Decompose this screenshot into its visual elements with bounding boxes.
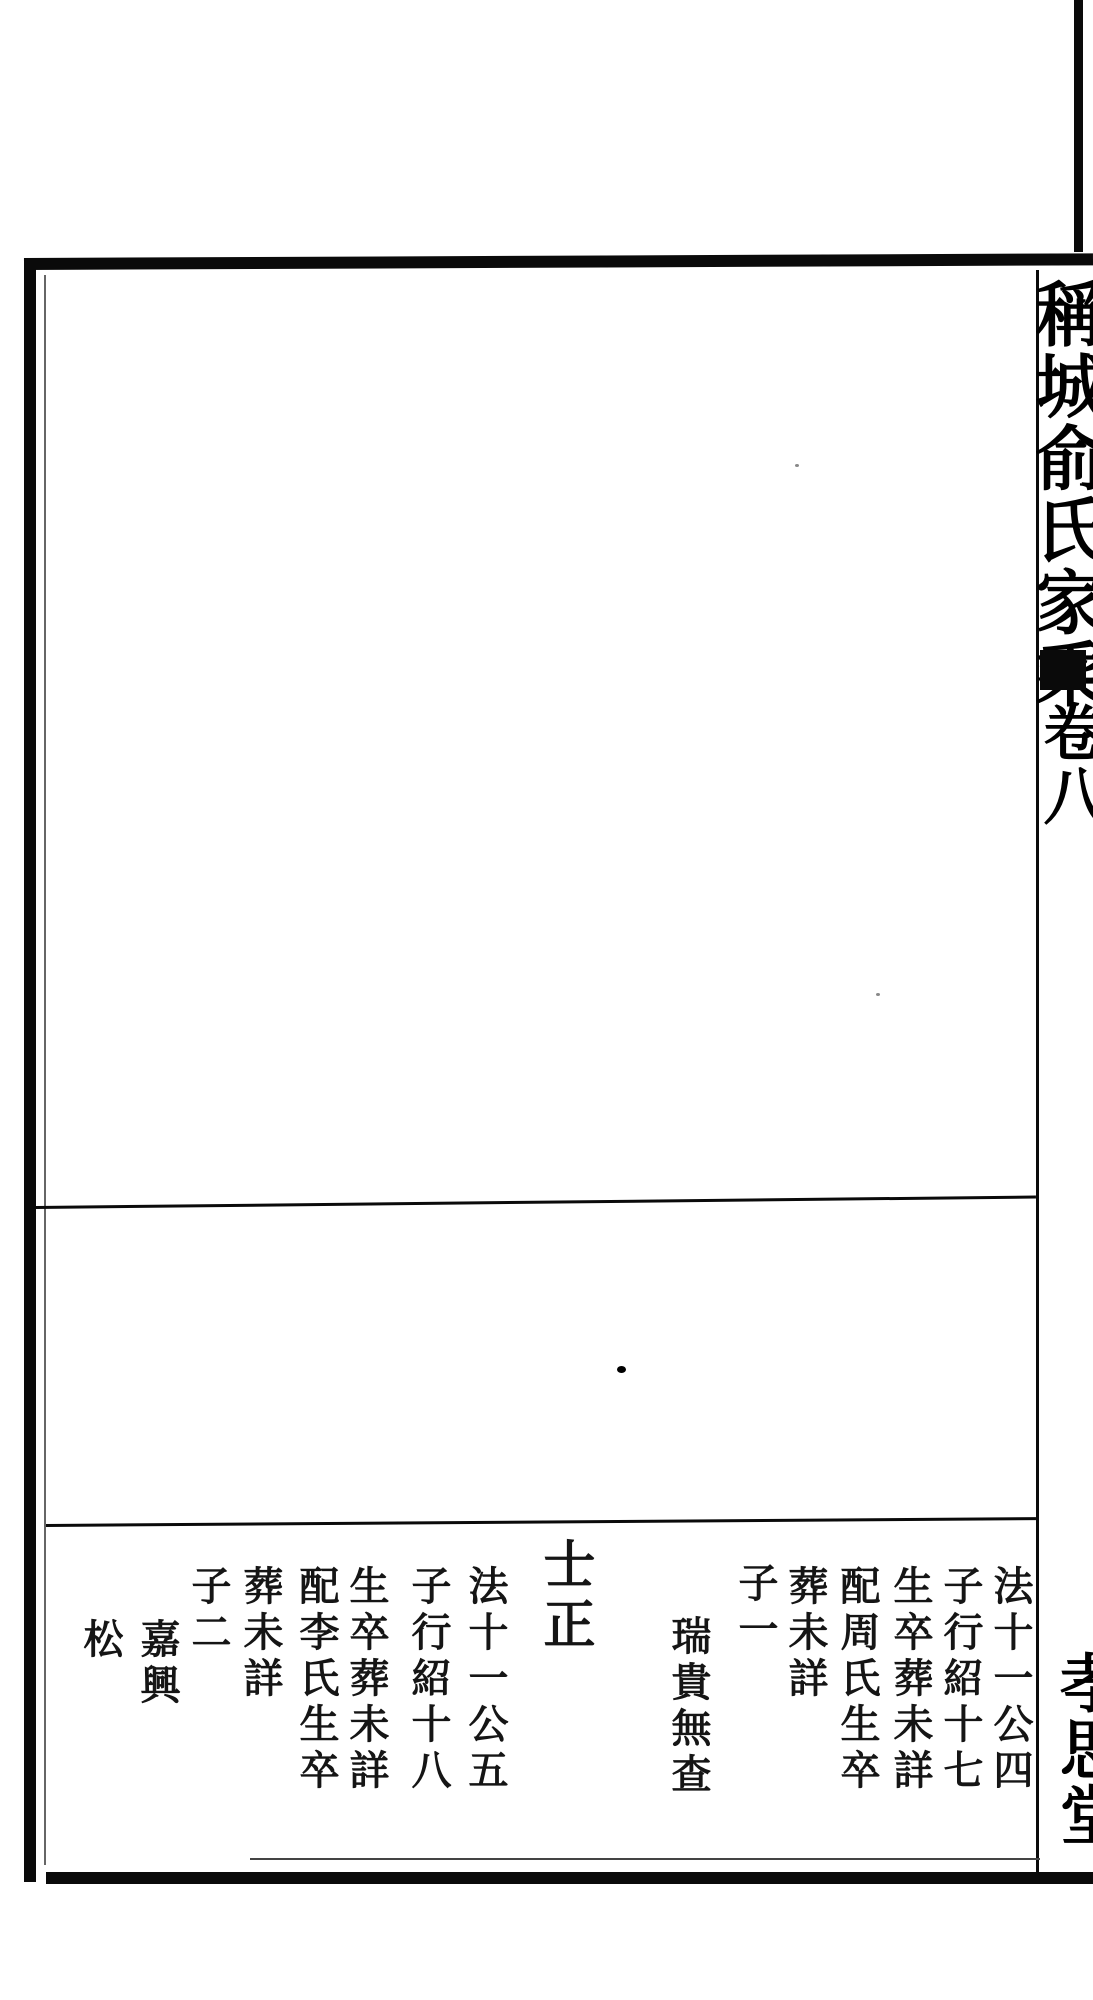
adjacent-page-edge [1074, 0, 1083, 252]
section-rule-bottom [250, 1858, 1040, 1860]
entry-column: 法十一公四 [990, 1565, 1030, 1795]
margin-hall-name: 孝思堂 [1048, 1650, 1093, 1848]
section-divider-2 [46, 1517, 1036, 1527]
person-heading: 士正 [538, 1537, 590, 1657]
ink-speck [876, 993, 880, 996]
entry-column: 子二 [188, 1565, 228, 1657]
fishtail-block-icon [1040, 650, 1086, 690]
entry-column: 葬未詳 [785, 1565, 825, 1703]
entry-column: 法十一公五 [465, 1565, 505, 1795]
entry-column: 瑞貴無查 [668, 1615, 708, 1799]
entry-column: 子一 [735, 1562, 775, 1654]
entry-column: 配周氏生卒 [837, 1565, 877, 1795]
ink-speck [795, 464, 799, 467]
entry-column: 松 [80, 1618, 120, 1664]
entry-column: 生卒葬未詳 [346, 1565, 386, 1795]
ink-speck [617, 1366, 626, 1373]
margin-volume: 卷八 [1030, 700, 1093, 828]
margin-title: 稱城俞氏家乘 [1030, 278, 1093, 710]
frame-bottom-border [46, 1872, 1093, 1884]
entry-column: 生卒葬未詳 [890, 1565, 930, 1795]
entry-column: 配李氏生卒 [296, 1565, 336, 1795]
frame-left-border [24, 262, 36, 1882]
section-divider-1 [36, 1196, 1036, 1209]
frame-top-border [24, 253, 1093, 270]
entry-column: 子行紹十八 [408, 1565, 448, 1795]
frame-inner-left-rule [44, 275, 46, 1865]
entry-column: 子行紹十七 [940, 1565, 980, 1795]
entry-column: 嘉興 [137, 1618, 177, 1710]
entry-column: 葬未詳 [240, 1565, 280, 1703]
